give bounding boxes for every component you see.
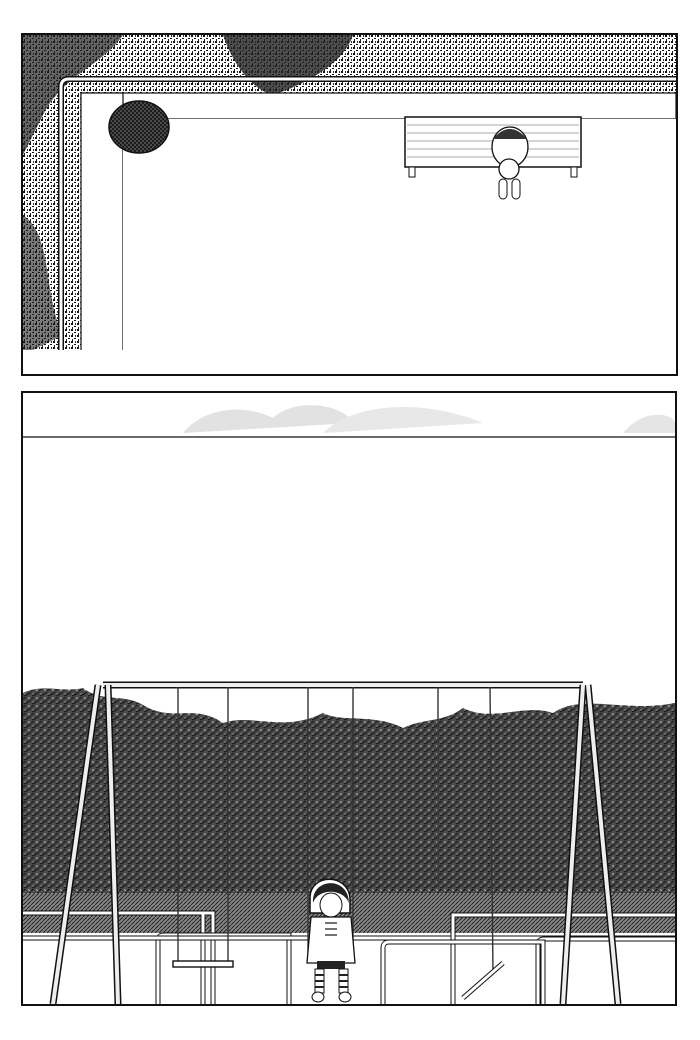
tile-floor — [123, 119, 676, 374]
panel-overhead-plaza — [21, 33, 678, 376]
playground-illustration — [23, 393, 675, 1004]
panel-playground-swing — [21, 391, 677, 1006]
plaza-illustration — [23, 35, 676, 374]
trash-can — [109, 101, 169, 153]
